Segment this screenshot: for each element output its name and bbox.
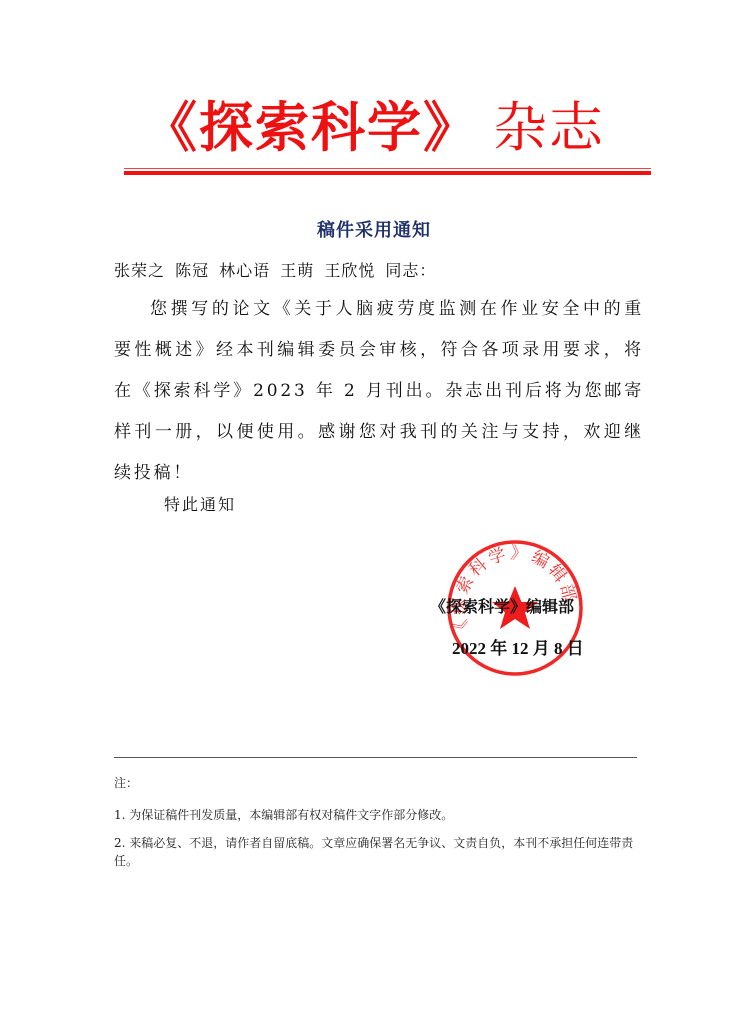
footnotes: 注： 1. 为保证稿件刊发质量，本编辑部有权对稿件文字作部分修改。 2. 来稿必… <box>114 774 644 880</box>
notice-title: 稿件采用通知 <box>0 216 748 242</box>
masthead-rule-thick <box>124 171 651 175</box>
notes-label: 注： <box>114 774 644 792</box>
notice-body: 您撰写的论文《关于人脑疲劳度监测在作业安全中的重要性概述》经本刊编辑委员会审核，… <box>114 289 644 494</box>
footnote-divider <box>114 757 637 758</box>
journal-suffix: 杂志 <box>493 96 605 159</box>
journal-masthead: 《探索科学》杂志 <box>0 96 748 160</box>
masthead-rule-thin <box>124 168 651 169</box>
note-item-1: 1. 为保证稿件刊发质量，本编辑部有权对稿件文字作部分修改。 <box>114 806 644 824</box>
signature-organization: 《探索科学》编辑部 <box>430 594 574 617</box>
closing-line: 特此通知 <box>164 492 236 515</box>
note-item-2: 2. 来稿必复、不退，请作者自留底稿。文章应确保署名无争议、文责自负，本刊不承担… <box>114 834 644 870</box>
signature-date: 2022 年 12 月 8 日 <box>452 634 584 659</box>
journal-name: 《探索科学》 <box>143 96 479 159</box>
salutation: 张荣之 陈冠 林心语 王萌 王欣悦 同志： <box>114 258 436 281</box>
